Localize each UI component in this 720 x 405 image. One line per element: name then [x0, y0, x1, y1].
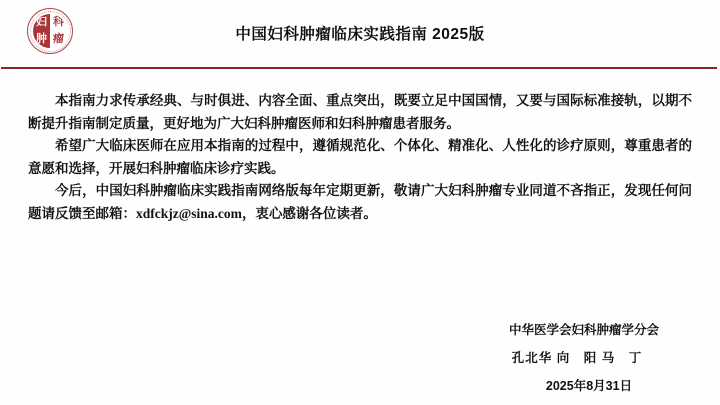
guideline-preface-page: 妇 科 肿 瘤 中国妇科肿瘤临床实践指南 2025版 本指南力求传承经典、与时俱… — [0, 0, 720, 405]
signatory-names: 孔北华 向 阳 马 丁 — [450, 344, 704, 372]
issuing-organization: 中华医学会妇科肿瘤学分会 — [464, 316, 704, 344]
page-title: 中国妇科肿瘤临床实践指南 2025版 — [0, 22, 720, 44]
header-divider-rule — [1, 67, 717, 69]
paragraph-1: 本指南力求传承经典、与时俱进、内容全面、重点突出，既要立足中国国情，又要与国际标… — [28, 90, 692, 135]
feedback-email-address: xdfckjz@sina.com — [136, 206, 242, 221]
paragraph-3: 今后，中国妇科肿瘤临床实践指南网络版每年定期更新，敬请广大妇科肿瘤专业同道不吝指… — [28, 180, 692, 225]
issue-date: 2025年8月31日 — [474, 372, 704, 400]
paragraph-3-text-after-email: ，衷心感谢各位读者。 — [242, 206, 377, 221]
preface-body: 本指南力求传承经典、与时俱进、内容全面、重点突出，既要立足中国国情，又要与国际标… — [28, 90, 692, 225]
paragraph-2: 希望广大临床医师在应用本指南的过程中，遵循规范化、个体化、精准化、人性化的诊疗原… — [28, 135, 692, 180]
signature-block: 中华医学会妇科肿瘤学分会 孔北华 向 阳 马 丁 2025年8月31日 — [448, 316, 704, 400]
